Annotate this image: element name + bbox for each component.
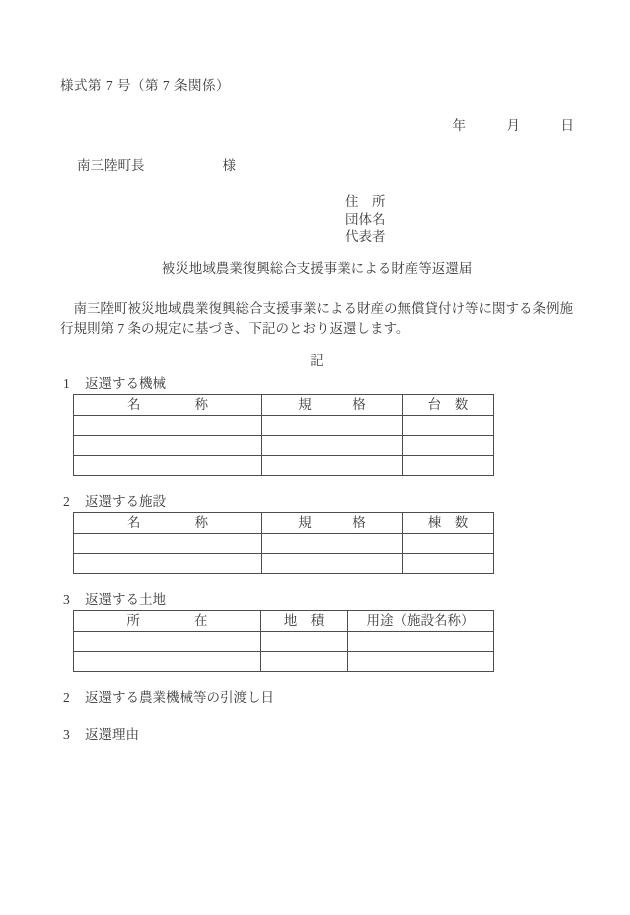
land-table: 所 在 地 積 用途（施設名称）: [73, 610, 494, 672]
column-header-buildings: 棟 数: [403, 512, 494, 533]
body-paragraph: 南三陸町被災地域農業復興総合支援事業による財産の無償貸付け等に関する条例施行規則…: [60, 299, 574, 339]
empty-cell: [262, 455, 403, 475]
header-row: 名 称 規 格 台 数: [74, 394, 494, 415]
section-number: 3: [63, 592, 85, 607]
column-header-use: 用途（施設名称）: [348, 610, 494, 631]
empty-row: [74, 415, 494, 435]
form-number: 様式第 7 号（第 7 条関係）: [60, 78, 574, 93]
empty-cell: [74, 553, 262, 573]
empty-cell: [403, 415, 494, 435]
empty-row: [74, 651, 494, 671]
facilities-table: 名 称 規 格 棟 数: [73, 512, 494, 574]
empty-cell: [403, 455, 494, 475]
empty-cell: [403, 435, 494, 455]
section-number: 1: [63, 376, 85, 391]
addressee-name: 南三陸町長: [77, 158, 145, 173]
empty-row: [74, 553, 494, 573]
section-title: 返還する土地: [85, 592, 166, 607]
item-number: 2: [63, 690, 85, 705]
section-heading-facilities: 2返還する施設: [60, 494, 574, 509]
empty-cell: [403, 553, 494, 573]
column-header-spec: 規 格: [262, 394, 403, 415]
section-number: 2: [63, 494, 85, 509]
document-page: 様式第 7 号（第 7 条関係） 年 月 日 南三陸町長様 住 所 団体名 代表…: [0, 0, 630, 915]
item-text: 返還する農業機械等の引渡し日: [85, 690, 274, 705]
item-return-reason: 3返還理由: [60, 727, 574, 742]
empty-row: [74, 435, 494, 455]
empty-cell: [74, 631, 261, 651]
header-row: 所 在 地 積 用途（施設名称）: [74, 610, 494, 631]
empty-cell: [261, 651, 348, 671]
sender-block: 住 所 団体名 代表者: [345, 193, 574, 246]
section-heading-machines: 1返還する機械: [60, 376, 574, 391]
empty-cell: [74, 435, 262, 455]
addressee-line: 南三陸町長様: [60, 158, 574, 173]
column-header-area: 地 積: [261, 610, 348, 631]
column-header-units: 台 数: [403, 394, 494, 415]
section-heading-land: 3返還する土地: [60, 592, 574, 607]
sender-address-label: 住 所: [345, 193, 574, 211]
column-header-name: 名 称: [74, 512, 262, 533]
document-title: 被災地域農業復興総合支援事業による財産等返還届: [60, 261, 574, 276]
empty-cell: [348, 631, 494, 651]
empty-cell: [74, 651, 261, 671]
empty-cell: [261, 631, 348, 651]
empty-cell: [403, 533, 494, 553]
empty-cell: [262, 435, 403, 455]
sender-organization-label: 団体名: [345, 211, 574, 229]
date-line: 年 月 日: [60, 118, 574, 133]
empty-cell: [74, 455, 262, 475]
column-header-name: 名 称: [74, 394, 262, 415]
empty-row: [74, 631, 494, 651]
empty-cell: [74, 533, 262, 553]
item-text: 返還理由: [85, 727, 139, 742]
column-header-spec: 規 格: [262, 512, 403, 533]
header-row: 名 称 規 格 棟 数: [74, 512, 494, 533]
sender-representative-label: 代表者: [345, 228, 574, 246]
empty-cell: [74, 415, 262, 435]
record-marker: 記: [60, 353, 574, 368]
machines-table: 名 称 規 格 台 数: [73, 394, 494, 476]
section-title: 返還する機械: [85, 376, 166, 391]
item-number: 3: [63, 727, 85, 742]
column-header-location: 所 在: [74, 610, 261, 631]
item-handover-date: 2返還する農業機械等の引渡し日: [60, 690, 574, 705]
empty-cell: [262, 533, 403, 553]
empty-row: [74, 533, 494, 553]
addressee-honorific: 様: [223, 158, 237, 173]
section-title: 返還する施設: [85, 494, 166, 509]
empty-cell: [262, 553, 403, 573]
empty-cell: [262, 415, 403, 435]
empty-cell: [348, 651, 494, 671]
empty-row: [74, 455, 494, 475]
